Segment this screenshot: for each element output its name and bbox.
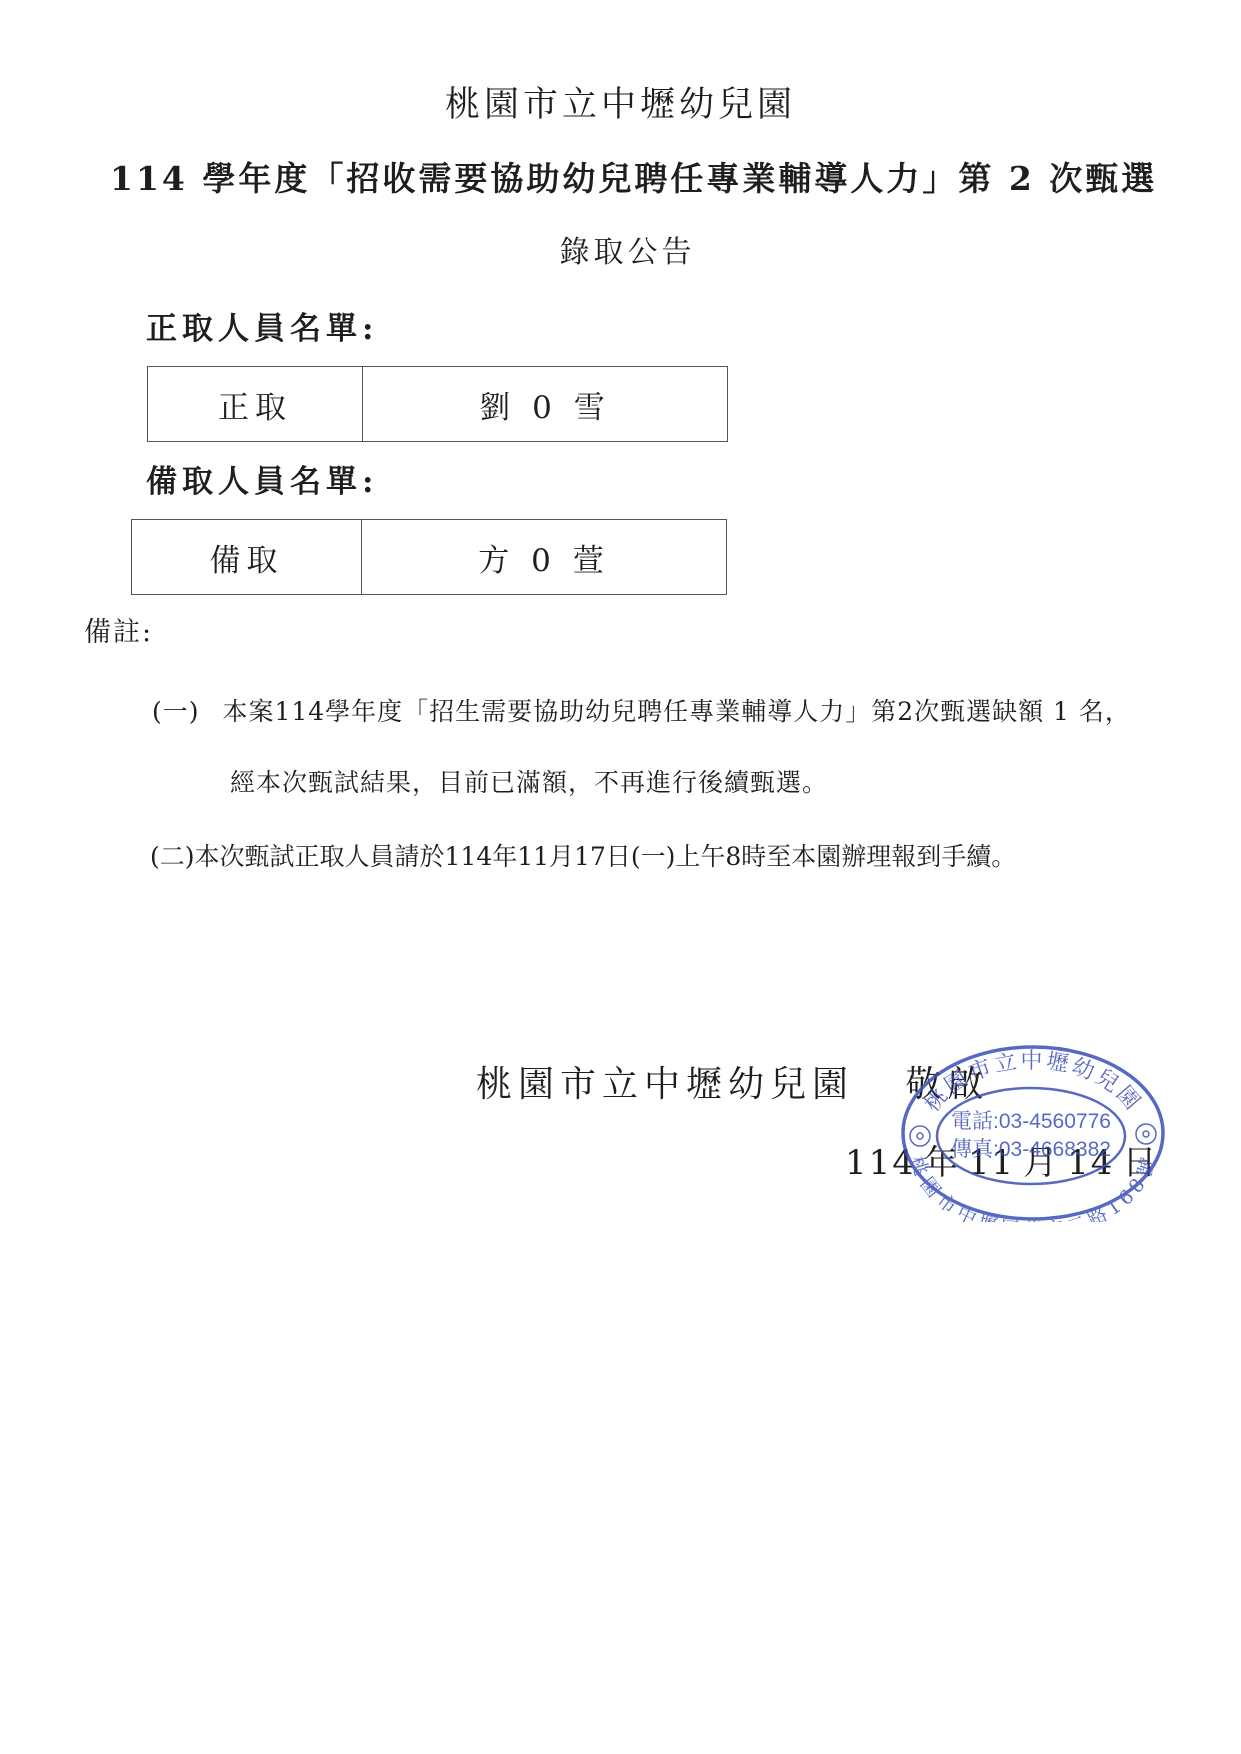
signature-organization: 桃園市立中壢幼兒園 bbox=[476, 1064, 854, 1105]
plum-blossom-icon bbox=[1136, 1124, 1156, 1144]
name-cell: 劉 0 雪 bbox=[363, 367, 728, 442]
remark-marker: (二) bbox=[150, 842, 195, 871]
remark-item-2: (二)本次甄試正取人員請於114年11月17日(一)上午8時至本園辦理報到手續。 bbox=[150, 840, 1016, 874]
remark-item-1: (一) 本案114學年度「招生需要協助幼兒聘任專業輔導人力」第2次甄選缺額 1 … bbox=[152, 695, 1131, 729]
official-seal-stamp: 桃園市立中壢幼兒園 桃園市中壢區華安二路168號 電話:03-4560776 傳… bbox=[900, 1044, 1166, 1222]
svg-text:桃園市立中壢幼兒園: 桃園市立中壢幼兒園 bbox=[920, 1049, 1146, 1117]
remark-item-1-continuation: 經本次甄試結果，目前已滿額，不再進行後續甄選。 bbox=[230, 766, 828, 800]
stamp-phone: 電話:03-4560776 bbox=[951, 1110, 1111, 1133]
stamp-bottom-arc-text: 桃園市中壢區華安二路168號 bbox=[905, 1153, 1160, 1222]
remark-text: 本案114學年度「招生需要協助幼兒聘任專業輔導人力」第2次甄選缺額 1 名， bbox=[222, 697, 1130, 726]
category-cell: 正取 bbox=[148, 367, 363, 442]
stamp-top-arc-text: 桃園市立中壢幼兒園 bbox=[920, 1049, 1146, 1117]
svg-text:桃園市中壢區華安二路168號: 桃園市中壢區華安二路168號 bbox=[905, 1153, 1160, 1222]
announcement-subtitle: 錄取公告 bbox=[0, 233, 1241, 273]
admitted-table: 正取 劉 0 雪 bbox=[147, 366, 728, 442]
admitted-list-heading: 正取人員名單: bbox=[146, 309, 378, 349]
organization-title: 桃園市立中壢幼兒園 bbox=[0, 84, 1241, 126]
table-row: 備取 方 0 萱 bbox=[132, 520, 727, 595]
remark-marker: (一) bbox=[152, 697, 200, 726]
name-cell: 方 0 萱 bbox=[362, 520, 727, 595]
category-cell: 備取 bbox=[132, 520, 362, 595]
table-row: 正取 劉 0 雪 bbox=[148, 367, 728, 442]
waitlist-heading: 備取人員名單: bbox=[146, 462, 378, 502]
plum-blossom-icon bbox=[910, 1126, 930, 1146]
remark-text: 本次甄試正取人員請於114年11月17日(一)上午8時至本園辦理報到手續。 bbox=[195, 842, 1017, 871]
stamp-fax: 傳真:03-4668382 bbox=[951, 1137, 1111, 1161]
announcement-title: 114 學年度「招收需要協助幼兒聘任專業輔導人力」第 2 次甄選 bbox=[110, 158, 1157, 200]
waitlist-table: 備取 方 0 萱 bbox=[131, 519, 727, 595]
remarks-label: 備註: bbox=[84, 616, 153, 650]
